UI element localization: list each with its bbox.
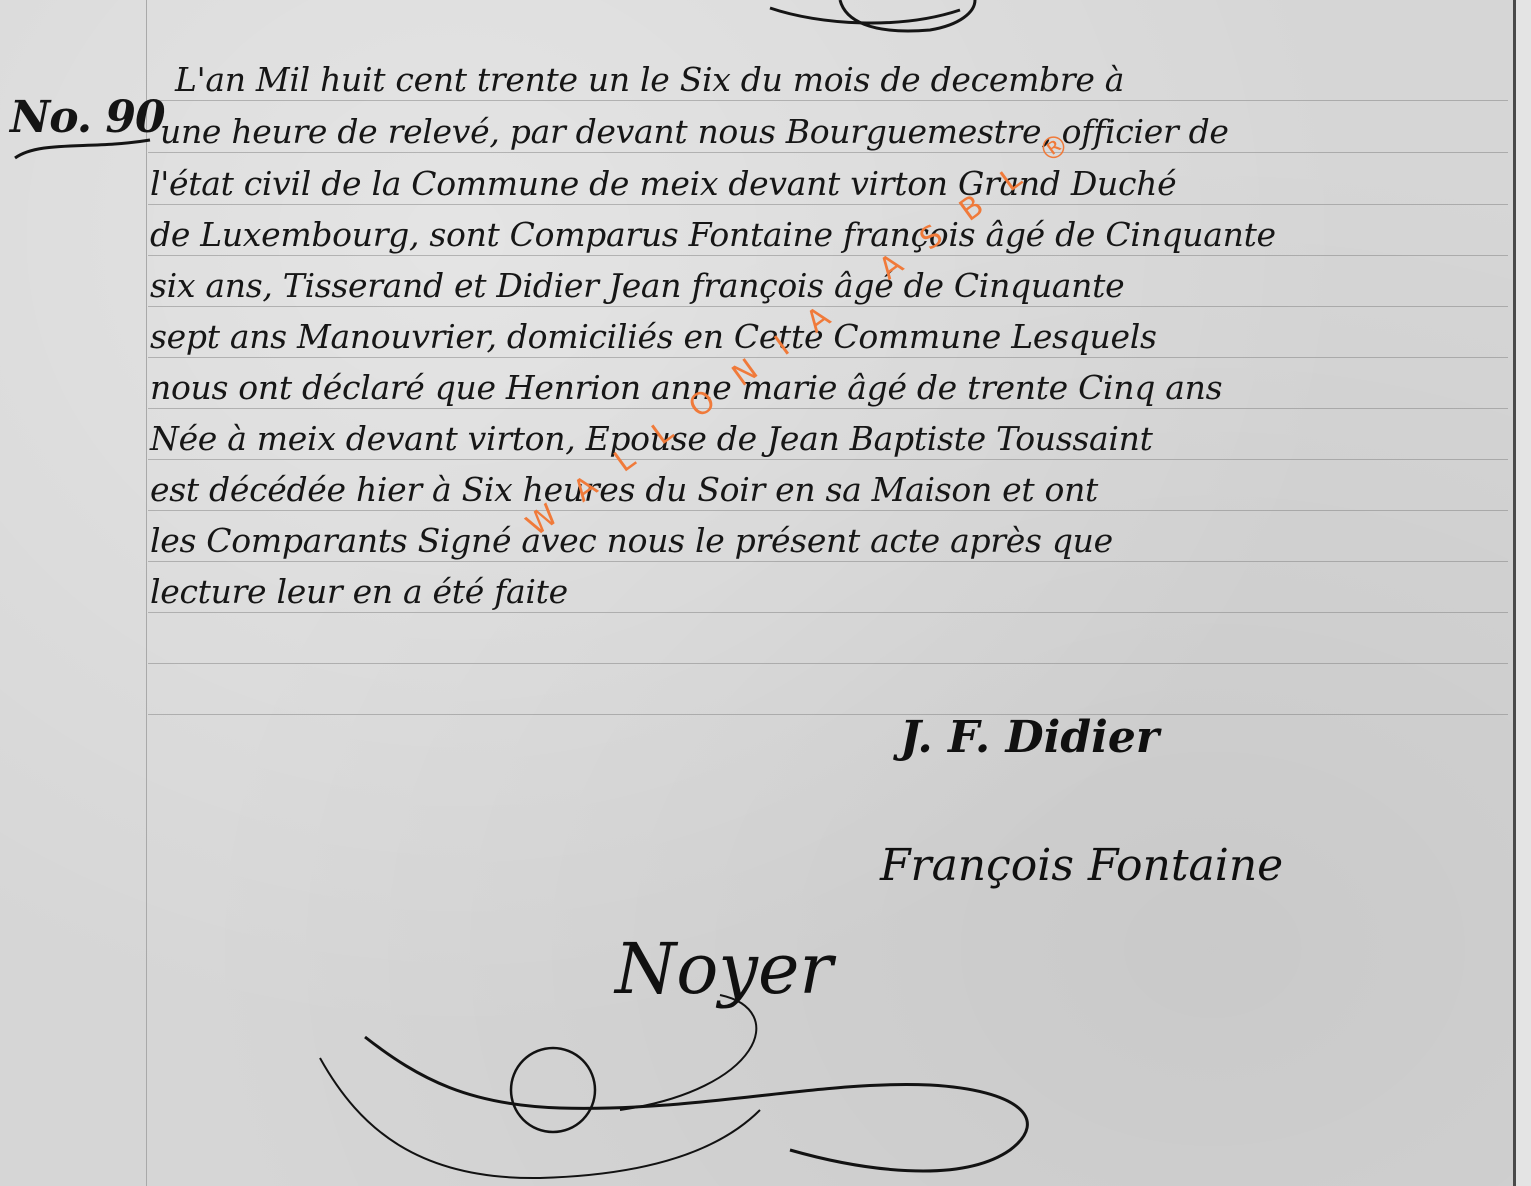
ruled-line	[148, 204, 1508, 205]
ruled-line	[148, 459, 1508, 460]
ruled-line	[148, 663, 1508, 664]
ruled-line	[148, 714, 1508, 715]
record-line-9: est décédée hier à Six heures du Soir en…	[150, 470, 1510, 509]
entry-number: No. 90	[10, 92, 165, 143]
record-line-10: les Comparants Signé avec nous le présen…	[150, 521, 1510, 560]
record-line-2: une heure de relevé, par devant nous Bou…	[160, 112, 1520, 151]
record-line-8: Née à meix devant virton, Epouse de Jean…	[150, 419, 1510, 458]
ruled-line	[148, 152, 1508, 153]
ruled-line	[148, 561, 1508, 562]
ruled-line	[148, 255, 1508, 256]
ruled-line	[148, 357, 1508, 358]
ruled-line	[148, 100, 1508, 101]
record-line-7: nous ont déclaré que Henrion anne marie …	[150, 368, 1510, 407]
ruled-line	[148, 408, 1508, 409]
signature-noyer: Noyer	[615, 928, 833, 1010]
record-line-11: lecture leur en a été faite	[150, 572, 1510, 611]
signature-didier: J. F. Didier	[900, 712, 1159, 763]
record-line-4: de Luxembourg, sont Comparus Fontaine fr…	[150, 215, 1510, 254]
record-line-1: L'an Mil huit cent trente un le Six du m…	[175, 60, 1531, 99]
margin-rule	[146, 0, 147, 1186]
scanned-page: No. 90 L'an Mil huit cent trente un le S…	[0, 0, 1516, 1186]
scan-border	[1516, 0, 1531, 1186]
ruled-line	[148, 510, 1508, 511]
ruled-line	[148, 612, 1508, 613]
record-line-3: l'état civil de la Commune de meix devan…	[150, 164, 1510, 203]
signature-fontaine: François Fontaine	[880, 840, 1283, 891]
